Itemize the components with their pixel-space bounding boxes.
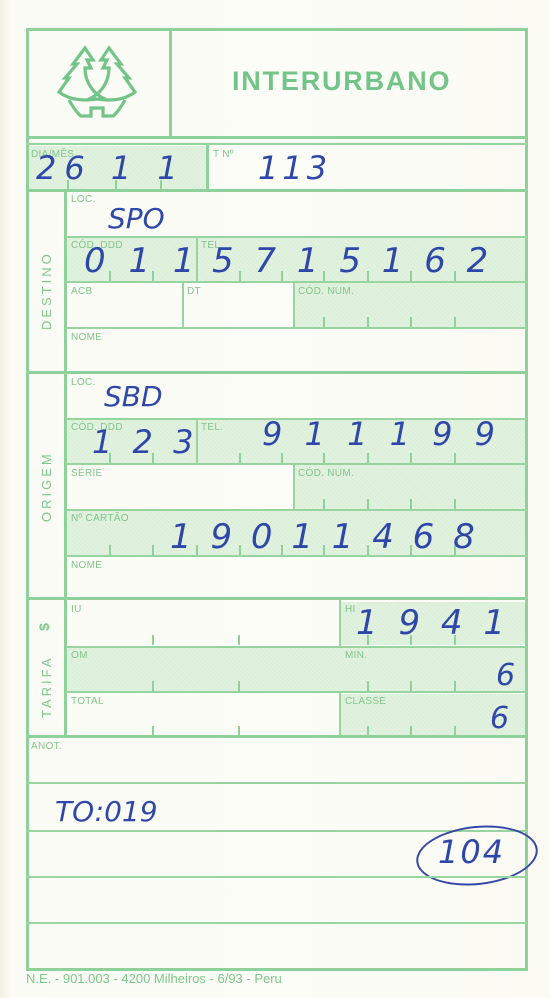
anot-line	[26, 922, 528, 924]
tick	[281, 453, 283, 463]
anot-line	[26, 876, 528, 878]
tick	[454, 499, 456, 509]
tick	[454, 681, 456, 691]
destino-nome-field[interactable]	[66, 329, 526, 371]
min-label: MIN.	[345, 651, 367, 661]
classe-label: CLASSE	[345, 697, 386, 707]
tick	[410, 317, 412, 327]
origem-tel-label: TEL.	[201, 423, 223, 433]
origem-section-label: ORIGEM	[39, 451, 54, 522]
tn-label: T Nº	[213, 150, 234, 160]
form-title: INTERURBANO	[232, 66, 451, 97]
tick	[323, 499, 325, 509]
section-line	[26, 597, 528, 600]
destino-loc-value[interactable]: SPO	[108, 205, 165, 233]
tick	[323, 453, 325, 463]
telephone-company-logo-icon	[55, 44, 139, 120]
origem-nome-field[interactable]	[66, 557, 526, 597]
origem-tel-value[interactable]: 9 1 1 1 9 9	[262, 418, 501, 450]
header-bottom-line	[26, 136, 528, 139]
tick	[367, 453, 369, 463]
print-footer: N.E. - 901.003 - 4200 Milheiros - 6/93 -…	[26, 971, 282, 986]
header-divider	[169, 28, 172, 138]
tick	[323, 317, 325, 327]
origem-serie-field[interactable]	[66, 465, 293, 509]
tick	[454, 453, 456, 463]
anot-note-line-1: TO:019	[55, 798, 158, 826]
dia-mes-value[interactable]: 26 1 1	[36, 152, 186, 184]
tick	[109, 545, 111, 555]
min-value[interactable]: 6	[496, 661, 515, 691]
origem-cartao-label: Nº CARTÃO	[71, 514, 129, 524]
hi-value[interactable]: 1 9 4 1	[356, 606, 510, 640]
tick	[367, 317, 369, 327]
tick	[410, 499, 412, 509]
dia-mes-divider	[206, 145, 209, 190]
destino-acb-field[interactable]	[66, 283, 182, 327]
form-paper: INTERURBANO DIA/MÊS 26 1 1 T Nº 113 DEST…	[0, 0, 550, 998]
tick	[367, 499, 369, 509]
om-field[interactable]	[66, 648, 339, 691]
header-bottom-line-2	[26, 143, 528, 145]
destino-loc-label: LOC.	[71, 195, 96, 205]
origem-cod-ddd-value[interactable]: 1 2 3	[92, 426, 198, 458]
origem-cod-num-label: CÓD. NUM.	[298, 469, 354, 479]
anot-line	[26, 782, 528, 784]
classe-value[interactable]: 6	[490, 704, 509, 734]
total-field[interactable]	[66, 693, 339, 735]
row-line	[26, 189, 528, 192]
destino-cod-num-label: CÓD. NUM.	[298, 287, 354, 297]
anot-circled-value: 104	[438, 836, 505, 868]
destino-cod-ddd-value[interactable]: 0 1 1	[84, 244, 201, 278]
tarifa-section-label: TARIFA	[39, 655, 54, 718]
tick	[454, 317, 456, 327]
origem-loc-value[interactable]: SBD	[104, 383, 163, 411]
tick	[410, 453, 412, 463]
destino-dt-field[interactable]	[184, 283, 293, 327]
section-line	[26, 371, 528, 374]
hi-label: HI	[345, 605, 356, 615]
tick	[410, 681, 412, 691]
origem-loc-label: LOC.	[71, 378, 96, 388]
tick	[239, 453, 241, 463]
destino-section-label: DESTINO	[39, 251, 54, 330]
tn-value[interactable]: 113	[258, 152, 331, 184]
tick	[152, 545, 154, 555]
cruzeiro-sign-icon: $	[36, 623, 52, 631]
iu-field[interactable]	[66, 601, 339, 645]
destino-tel-value[interactable]: 5 7 1 5 1 6 2	[212, 244, 493, 278]
tick	[367, 681, 369, 691]
origem-cartao-value[interactable]: 1 9 0 1 1 4 6 8	[170, 520, 479, 554]
